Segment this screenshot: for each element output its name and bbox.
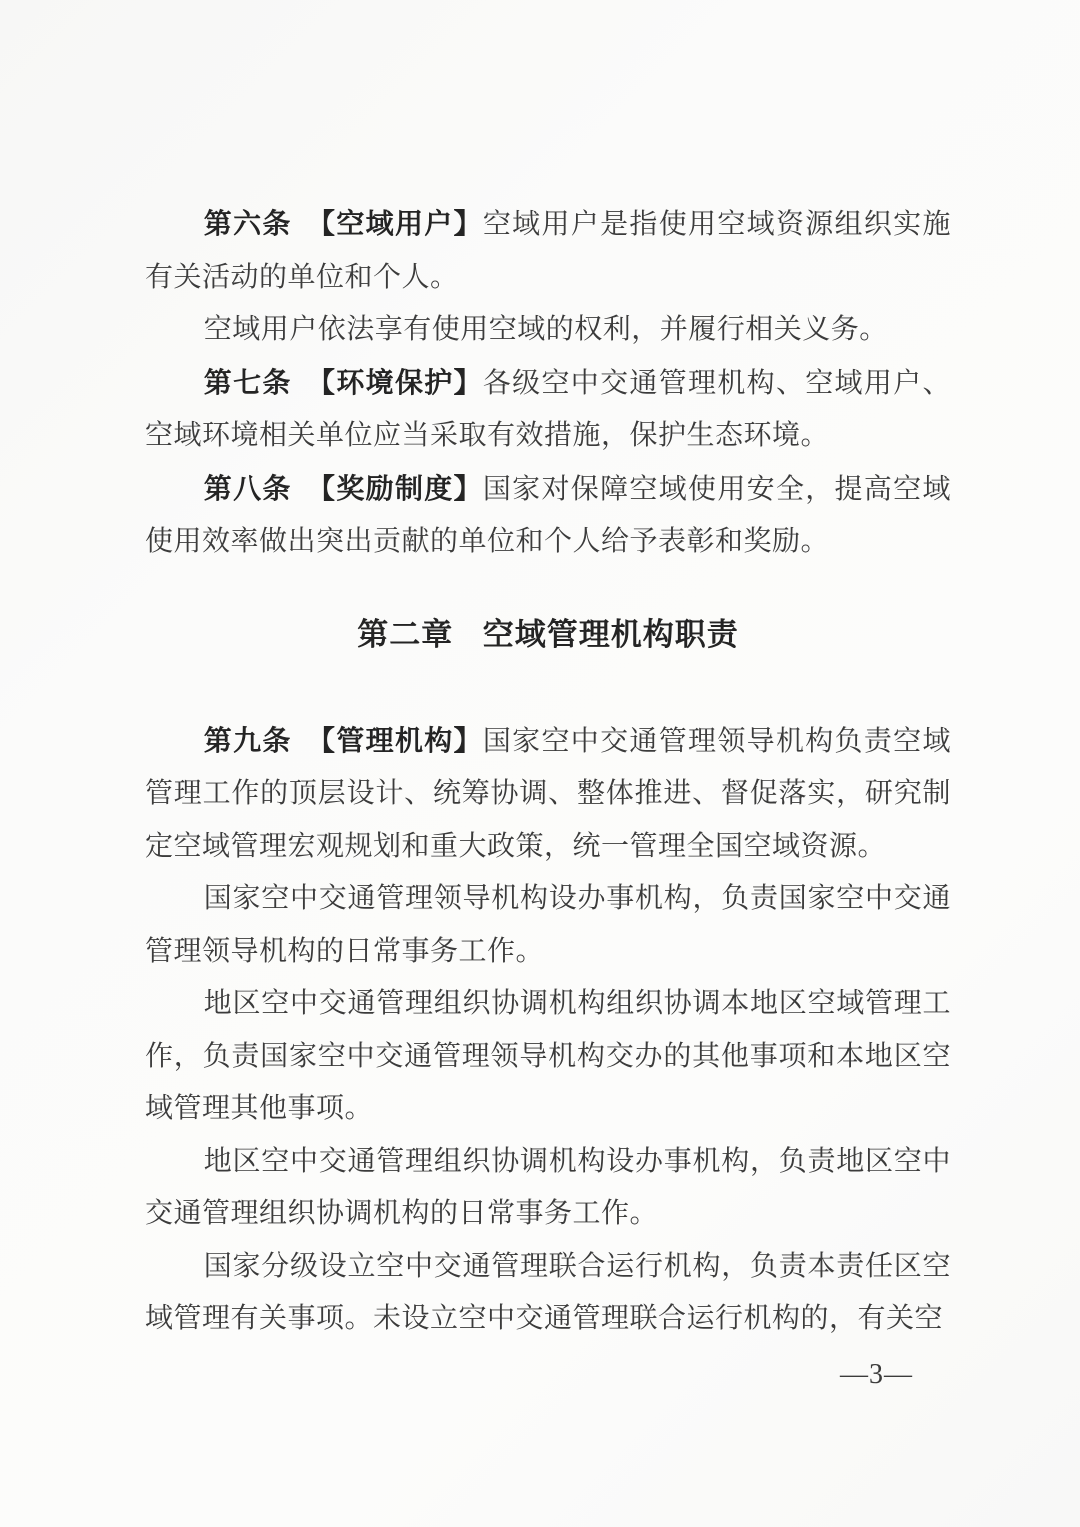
paragraph-text: 地区空中交通管理组织协调机构组织协调本地区空域管理工作，负责国家空中交通管理领导… — [145, 988, 951, 1124]
paragraph-regional-coordination: 地区空中交通管理组织协调机构组织协调本地区空域管理工作，负责国家空中交通管理领导… — [145, 978, 951, 1136]
page-number: —3— — [840, 1358, 913, 1392]
paragraph-national-office: 国家空中交通管理领导机构设办事机构，负责国家空中交通管理领导机构的日常事务工作。 — [145, 873, 951, 978]
paragraph-article-9: 第九条 【管理机构】国家空中交通管理领导机构负责空域管理工作的顶层设计、统筹协调… — [145, 715, 951, 874]
article-6-label: 第六条 【空域用户】 — [204, 208, 483, 239]
paragraph-text: 地区空中交通管理组织协调机构设办事机构，负责地区空中交通管理组织协调机构的日常事… — [145, 1146, 951, 1230]
paragraph-article-8: 第八条 【奖励制度】国家对保障空域使用安全，提高空域使用效率做出突出贡献的单位和… — [145, 463, 951, 569]
chapter-title: 空域管理机构职责 — [483, 617, 739, 652]
paragraph-article-6-cont: 空域用户依法享有使用空域的权利，并履行相关义务。 — [145, 304, 951, 357]
article-9-label: 第九条 【管理机构】 — [204, 725, 483, 756]
chapter-number: 第二章 — [357, 617, 453, 652]
paragraph-text: 空域用户依法享有使用空域的权利，并履行相关义务。 — [204, 314, 888, 345]
paragraph-joint-operation: 国家分级设立空中交通管理联合运行机构，负责本责任区空域管理有关事项。未设立空中交… — [145, 1241, 951, 1346]
paragraph-article-7: 第七条 【环境保护】各级空中交通管理机构、空域用户、空域环境相关单位应当采取有效… — [145, 357, 951, 463]
document-body: 第六条 【空域用户】空域用户是指使用空域资源组织实施有关活动的单位和个人。 空域… — [145, 198, 951, 1346]
chapter-heading: 第二章空域管理机构职责 — [145, 615, 951, 655]
article-8-label: 第八条 【奖励制度】 — [204, 473, 483, 504]
paragraph-article-6: 第六条 【空域用户】空域用户是指使用空域资源组织实施有关活动的单位和个人。 — [145, 198, 951, 304]
paragraph-regional-office: 地区空中交通管理组织协调机构设办事机构，负责地区空中交通管理组织协调机构的日常事… — [145, 1136, 951, 1241]
paragraph-text: 国家空中交通管理领导机构设办事机构，负责国家空中交通管理领导机构的日常事务工作。 — [145, 883, 951, 967]
paragraph-text: 国家分级设立空中交通管理联合运行机构，负责本责任区空域管理有关事项。未设立空中交… — [145, 1251, 951, 1335]
document-page: 第六条 【空域用户】空域用户是指使用空域资源组织实施有关活动的单位和个人。 空域… — [0, 0, 1080, 1527]
article-7-label: 第七条 【环境保护】 — [204, 367, 483, 398]
